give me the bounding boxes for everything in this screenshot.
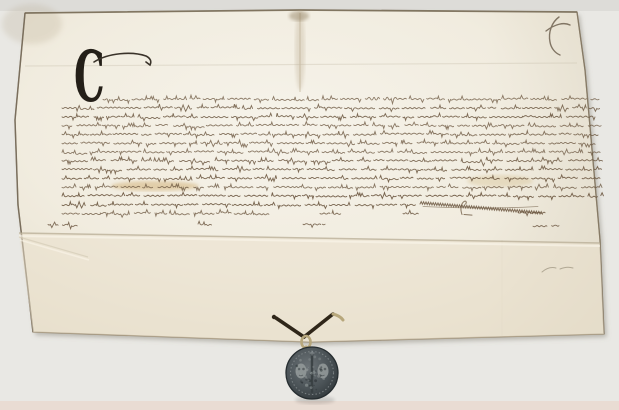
seal-speckle <box>300 380 302 382</box>
seal-speckle <box>317 375 320 378</box>
seal-speckle <box>296 368 298 370</box>
seal-speckle <box>309 379 312 382</box>
aged-corner-patch <box>2 4 62 44</box>
charter-photo-canvas: C <box>0 0 619 410</box>
charter-photograph: C <box>0 0 619 410</box>
stain <box>467 175 533 187</box>
seal-speckle <box>313 356 316 359</box>
seal-speckle <box>305 378 307 380</box>
seal-speckle <box>318 358 321 361</box>
plica-surface <box>19 233 604 342</box>
seal-speckle <box>320 369 323 372</box>
seal-speckle <box>308 358 311 361</box>
seal-speckle <box>319 364 321 366</box>
cord-left-tip <box>272 315 276 319</box>
seal-speckle <box>312 372 313 373</box>
seal-speckle <box>296 371 298 373</box>
seal-speckle <box>299 359 302 362</box>
stain <box>289 11 309 21</box>
seal-speckle <box>320 366 322 368</box>
seal-speckle <box>312 366 314 368</box>
seal-speckle <box>311 373 313 375</box>
seal-speckle <box>310 386 313 389</box>
seal-speckle <box>315 370 317 372</box>
seal-speckle <box>322 377 325 380</box>
seal-speckle <box>300 374 302 376</box>
seal-speckle <box>315 374 317 376</box>
stain <box>111 181 199 191</box>
plica-fold <box>19 233 604 342</box>
seal-speckle <box>314 379 317 382</box>
seal-speckle <box>308 367 309 368</box>
seal-speckle <box>296 365 299 368</box>
seal-speckle <box>313 385 314 386</box>
seal-speckle <box>309 385 311 387</box>
stain <box>295 10 305 90</box>
seal-speckle <box>306 368 309 371</box>
seal-speckle <box>313 376 314 377</box>
seal-speckle <box>305 384 308 387</box>
seal-speckle <box>316 389 318 391</box>
